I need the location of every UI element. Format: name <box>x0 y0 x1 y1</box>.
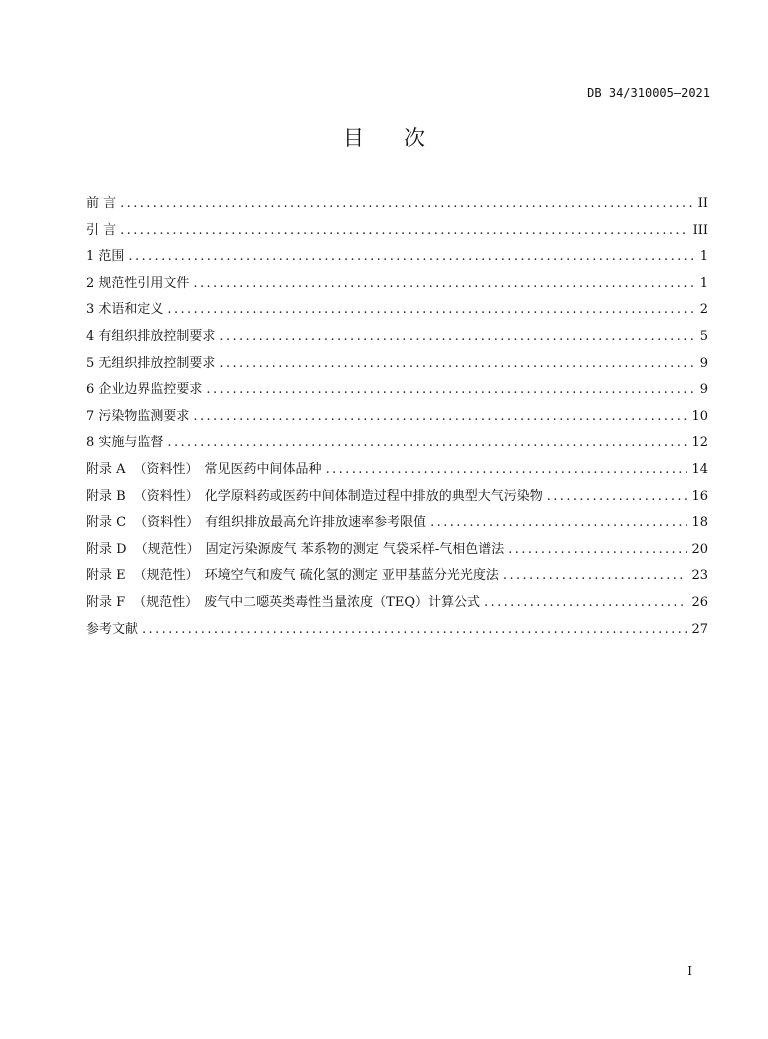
toc-annex-entry[interactable]: 附录 E（规范性）环境空气和废气 硫化氢的测定 亚甲基蓝分光光度法23 <box>86 565 708 592</box>
toc-label: 4 有组织排放控制要求 <box>86 326 215 348</box>
toc-page: 20 <box>691 539 708 561</box>
document-number: DB 34/310005—2021 <box>587 86 710 100</box>
annex-id: 附录 D <box>86 539 127 561</box>
annex-kind: （规范性） <box>135 539 200 561</box>
toc-label: 6 企业边界监控要求 <box>86 379 202 401</box>
toc-page: 18 <box>691 512 708 534</box>
toc-page: 9 <box>700 353 708 375</box>
annex-id: 附录 E <box>86 565 126 587</box>
annex-title: 有组织排放最高允许排放速率参考限值 <box>205 512 426 534</box>
toc-page: 16 <box>691 486 708 508</box>
toc-label: 5 无组织排放控制要求 <box>86 353 215 375</box>
title-char-1: 目 <box>343 122 364 152</box>
toc-entry[interactable]: 6 企业边界监控要求9 <box>86 379 708 406</box>
toc-entry[interactable]: 2 规范性引用文件1 <box>86 273 708 300</box>
dot-leader <box>193 273 695 295</box>
annex-kind: （资料性） <box>134 459 199 481</box>
toc-annex-entry[interactable]: 附录 C（资料性）有组织排放最高允许排放速率参考限值18 <box>86 512 708 539</box>
toc-annex-entry[interactable]: 附录 A（资料性）常见医药中间体品种14 <box>86 459 708 486</box>
page-number: I <box>687 964 692 978</box>
dot-leader <box>120 193 694 215</box>
annex-kind: （资料性） <box>134 512 199 534</box>
toc-page: 10 <box>691 406 708 428</box>
toc-page: 5 <box>700 326 708 348</box>
annex-title: 固定污染源废气 苯系物的测定 气袋采样-气相色谱法 <box>206 539 505 561</box>
toc-entry[interactable]: 5 无组织排放控制要求9 <box>86 353 708 380</box>
dot-leader <box>193 406 687 428</box>
toc-page: 1 <box>700 246 708 268</box>
dot-leader <box>547 486 688 508</box>
toc-page: III <box>693 220 708 242</box>
toc-entry-references[interactable]: 参考文献27 <box>86 619 708 646</box>
toc-annex-entry[interactable]: 附录 F（规范性）废气中二噁英类毒性当量浓度（TEQ）计算公式26 <box>86 592 708 619</box>
dot-leader <box>430 512 687 534</box>
dot-leader <box>219 353 695 375</box>
toc-page: 2 <box>700 299 708 321</box>
dot-leader <box>120 220 688 242</box>
toc-label: 前 言 <box>86 193 116 215</box>
dot-leader <box>167 432 687 454</box>
dot-leader <box>503 565 688 587</box>
toc-label: 8 实施与监督 <box>86 432 163 454</box>
toc-entry[interactable]: 3 术语和定义2 <box>86 299 708 326</box>
toc-page: 12 <box>691 432 708 454</box>
dot-leader <box>128 246 695 268</box>
toc-entry[interactable]: 1 范围1 <box>86 246 708 273</box>
toc-label: 3 术语和定义 <box>86 299 163 321</box>
dot-leader <box>167 299 695 321</box>
annex-kind: （规范性） <box>133 592 198 614</box>
dot-leader <box>219 326 695 348</box>
toc-page: 27 <box>691 619 708 641</box>
dot-leader <box>326 459 688 481</box>
toc-entry[interactable]: 前 言II <box>86 193 708 220</box>
annex-id: 附录 B <box>86 486 126 508</box>
annex-id: 附录 F <box>86 592 125 614</box>
annex-id: 附录 C <box>86 512 126 534</box>
dot-leader <box>206 379 695 401</box>
dot-leader <box>508 539 687 561</box>
toc-annex-entry[interactable]: 附录 D（规范性）固定污染源废气 苯系物的测定 气袋采样-气相色谱法20 <box>86 539 708 566</box>
annex-kind: （资料性） <box>134 486 199 508</box>
annex-id: 附录 A <box>86 459 126 481</box>
toc-label: 7 污染物监测要求 <box>86 406 189 428</box>
toc-annex-entry[interactable]: 附录 B（资料性）化学原料药或医药中间体制造过程中排放的典型大气污染物16 <box>86 486 708 513</box>
table-of-contents: 前 言II 引 言III 1 范围1 2 规范性引用文件1 3 术语和定义2 4… <box>86 193 708 645</box>
toc-entry[interactable]: 4 有组织排放控制要求5 <box>86 326 708 353</box>
toc-label: 1 范围 <box>86 246 124 268</box>
toc-label: 参考文献 <box>86 619 138 641</box>
toc-entry[interactable]: 8 实施与监督12 <box>86 432 708 459</box>
toc-page: 9 <box>700 379 708 401</box>
annex-title: 常见医药中间体品种 <box>205 459 322 481</box>
title-char-2: 次 <box>404 122 425 152</box>
dot-leader <box>142 619 687 641</box>
toc-label: 引 言 <box>86 220 116 242</box>
toc-entry[interactable]: 引 言III <box>86 220 708 247</box>
page-title: 目次 <box>0 122 768 152</box>
annex-title: 环境空气和废气 硫化氢的测定 亚甲基蓝分光光度法 <box>205 565 499 587</box>
dot-leader <box>484 592 687 614</box>
toc-page: 26 <box>691 592 708 614</box>
toc-label: 2 规范性引用文件 <box>86 273 189 295</box>
annex-title: 废气中二噁英类毒性当量浓度（TEQ）计算公式 <box>204 592 480 614</box>
annex-kind: （规范性） <box>134 565 199 587</box>
toc-page: 23 <box>691 565 708 587</box>
annex-title: 化学原料药或医药中间体制造过程中排放的典型大气污染物 <box>205 486 543 508</box>
toc-entry[interactable]: 7 污染物监测要求10 <box>86 406 708 433</box>
toc-page: II <box>698 193 708 215</box>
toc-page: 1 <box>700 273 708 295</box>
toc-page: 14 <box>691 459 708 481</box>
